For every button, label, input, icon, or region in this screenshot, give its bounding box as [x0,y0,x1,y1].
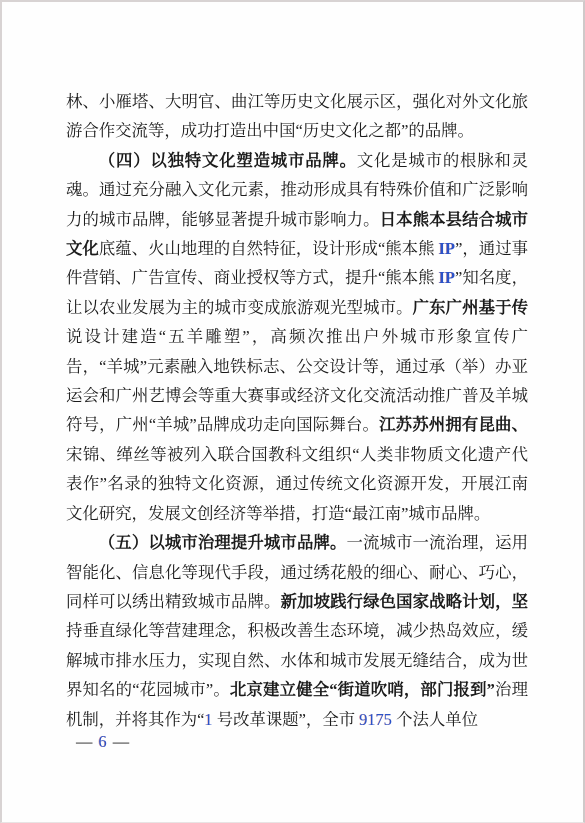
scanned-document: 林、小雁塔、大明官、曲江等历史文化展示区，强化对外文化旅游合作交流等，成功打造出… [0,0,585,823]
bold-run-suzhou: 江苏苏州拥有昆曲、 [379,415,528,434]
text-run: 个法人单位 [392,710,478,729]
bold-run-beijing: 北京建立健全“街道吹哨，部门报到” [230,680,495,699]
paragraph-continuation: 林、小雁塔、大明官、曲江等历史文化展示区，强化对外文化旅游合作交流等，成功打造出… [66,87,528,146]
latin-ip-run: IP [439,268,455,287]
page-number: — 6 — [76,731,130,753]
blue-number-run: 1 [204,710,212,729]
footer-dash-right: — [108,732,131,751]
paragraph-section-four: （四）以独特文化塑造城市品牌。文化是城市的根脉和灵魂。通过充分融入文化元素，推动… [66,146,528,528]
text-run: 号改革课题”，全市 [213,710,360,729]
text-run: 底蕴、火山地理的自然特征，设计形成“熊本熊 [99,239,439,258]
section-five-heading: （五）以城市治理提升城市品牌。 [99,533,347,552]
text-run: 林、小雁塔、大明官、曲江等历史文化展示区，强化对外文化旅游合作交流等，成功打造出… [66,92,528,140]
bold-run-singapore: 新加坡践行绿色国家战略计划，坚 [281,592,528,611]
document-body: 林、小雁塔、大明官、曲江等历史文化展示区，强化对外文化旅游合作交流等，成功打造出… [66,87,528,734]
footer-dash-left: — [76,732,99,751]
section-four-heading: （四）以独特文化塑造城市品牌。 [99,151,357,170]
footer-page-number: 6 [99,732,108,751]
bold-run-guangzhou: 广东广州基于传 [413,298,528,317]
document-page: 林、小雁塔、大明官、曲江等历史文化展示区，强化对外文化旅游合作交流等，成功打造出… [0,0,585,823]
paragraph-section-five: （五）以城市治理提升城市品牌。一流城市一流治理，运用智能化、信息化等现代手段，通… [66,528,528,734]
latin-ip-run: IP [439,239,455,258]
blue-number-run: 9175 [359,710,392,729]
text-run: 宋锦、缂丝等被列入联合国教科文组织“人类非物质文化遗产代表作”名录的独特文化资源… [66,445,528,523]
